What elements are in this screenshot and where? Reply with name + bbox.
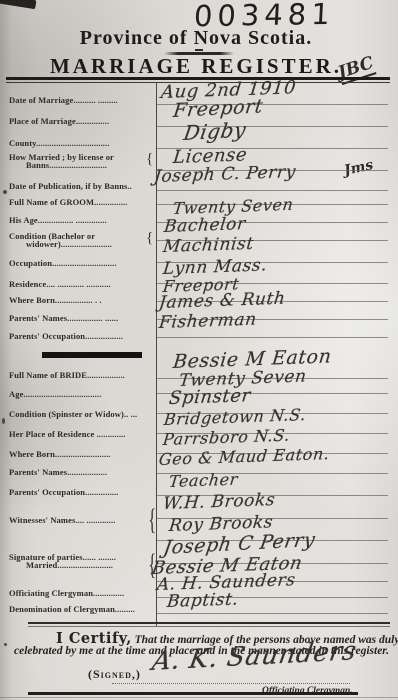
- section-divider-bar: [42, 352, 142, 358]
- field-label-groom-condition-2: widower).......................: [26, 239, 112, 249]
- field-label-groom-parents: Parents' Names................ ......: [9, 313, 118, 323]
- field-label-groom-parents-occupation: Parents' Occupation.................: [9, 331, 123, 341]
- entry-county: Digby: [182, 118, 248, 145]
- paper-speck: [4, 643, 7, 646]
- marriage-register-document: 003481 Province of Nova Scotia. MARRIAGE…: [0, 0, 398, 700]
- entry-place-of-marriage: Freeport: [172, 95, 264, 122]
- field-label-groom-name: Full Name of GROOM...............: [9, 197, 128, 207]
- province-title: Province of Nova Scotia.: [40, 27, 352, 50]
- column-divider: [156, 83, 157, 626]
- field-label-publication: Date of Publication, if by Banns..: [9, 181, 132, 191]
- field-label-groom-occupation: Occupation.............................: [9, 258, 117, 268]
- field-label-bride-parents-occupation: Parents' Occupation...............: [9, 487, 119, 497]
- register-title: MARRIAGE REGISTER.: [8, 54, 384, 79]
- field-label-officiating-clergyman: Officiating Clergyman..............: [9, 588, 124, 598]
- field-label-bride-where-born: Where Born.........................: [9, 449, 111, 459]
- paper-speck: [3, 190, 7, 194]
- header-rule-heavy: [6, 77, 390, 80]
- footer-rule-bottom-2: [0, 697, 398, 698]
- entry-groom-parents: James & Ruth: [158, 288, 287, 313]
- field-label-groom-residence: Residence.... ............ ...........: [9, 279, 111, 289]
- scan-corner-mark: [0, 0, 36, 9]
- field-label-bride-name: Full Name of BRIDE.................: [9, 370, 125, 380]
- footer-rule-top: [28, 622, 390, 624]
- paper-speck: [2, 418, 5, 424]
- entry-witness-1: W.H. Brooks: [162, 490, 276, 514]
- label-brace: [148, 503, 156, 537]
- answer-line: [157, 190, 388, 191]
- field-label-bride-parents: Parents' Names..................: [9, 467, 107, 477]
- label-brace: [146, 230, 153, 247]
- answer-line: [157, 337, 388, 338]
- entry-bride-parents-occupation: Teacher: [168, 470, 239, 491]
- entry-bride-condition: Spinster: [168, 385, 252, 409]
- label-brace: [146, 151, 153, 168]
- clerk-initials-mark: Jms: [343, 157, 375, 179]
- field-label-witnesses: Witnesses' Names.... .............: [9, 515, 115, 525]
- answer-line: [157, 613, 388, 614]
- field-label-county: County.................................: [9, 138, 109, 148]
- officiating-clergyman-caption: Officiating Clergyman.: [262, 686, 353, 696]
- footer-rule-bottom: [28, 692, 358, 695]
- field-label-place-of-marriage: Place of Marriage...............: [9, 116, 109, 126]
- field-label-groom-where-born: Where Born................. . .: [9, 295, 102, 305]
- entry-denomination: Baptist.: [166, 589, 240, 612]
- field-label-signatures-2: Married.........................: [26, 560, 113, 570]
- field-label-bride-condition: Condition (Spinster or Widow).. ...: [9, 409, 137, 419]
- field-label-date-of-marriage: Date of Marriage.......... .........: [9, 95, 118, 105]
- entry-groom-parents-occupation: Fisherman: [158, 310, 258, 333]
- field-label-denomination: Denomination of Clergyman.........: [9, 604, 135, 614]
- entry-groom-occupation: Machinist: [162, 234, 255, 257]
- entry-groom-full-name: Joseph C. Perry: [153, 162, 297, 187]
- footer-rule-top-2: [28, 626, 390, 627]
- field-label-groom-age: His Age................ ..............: [9, 215, 107, 225]
- field-label-bride-age: Age...................................: [9, 389, 101, 399]
- field-label-how-married-banns: Banns..........................: [26, 160, 107, 170]
- field-label-bride-residence: Her Place of Residence .............: [9, 429, 126, 439]
